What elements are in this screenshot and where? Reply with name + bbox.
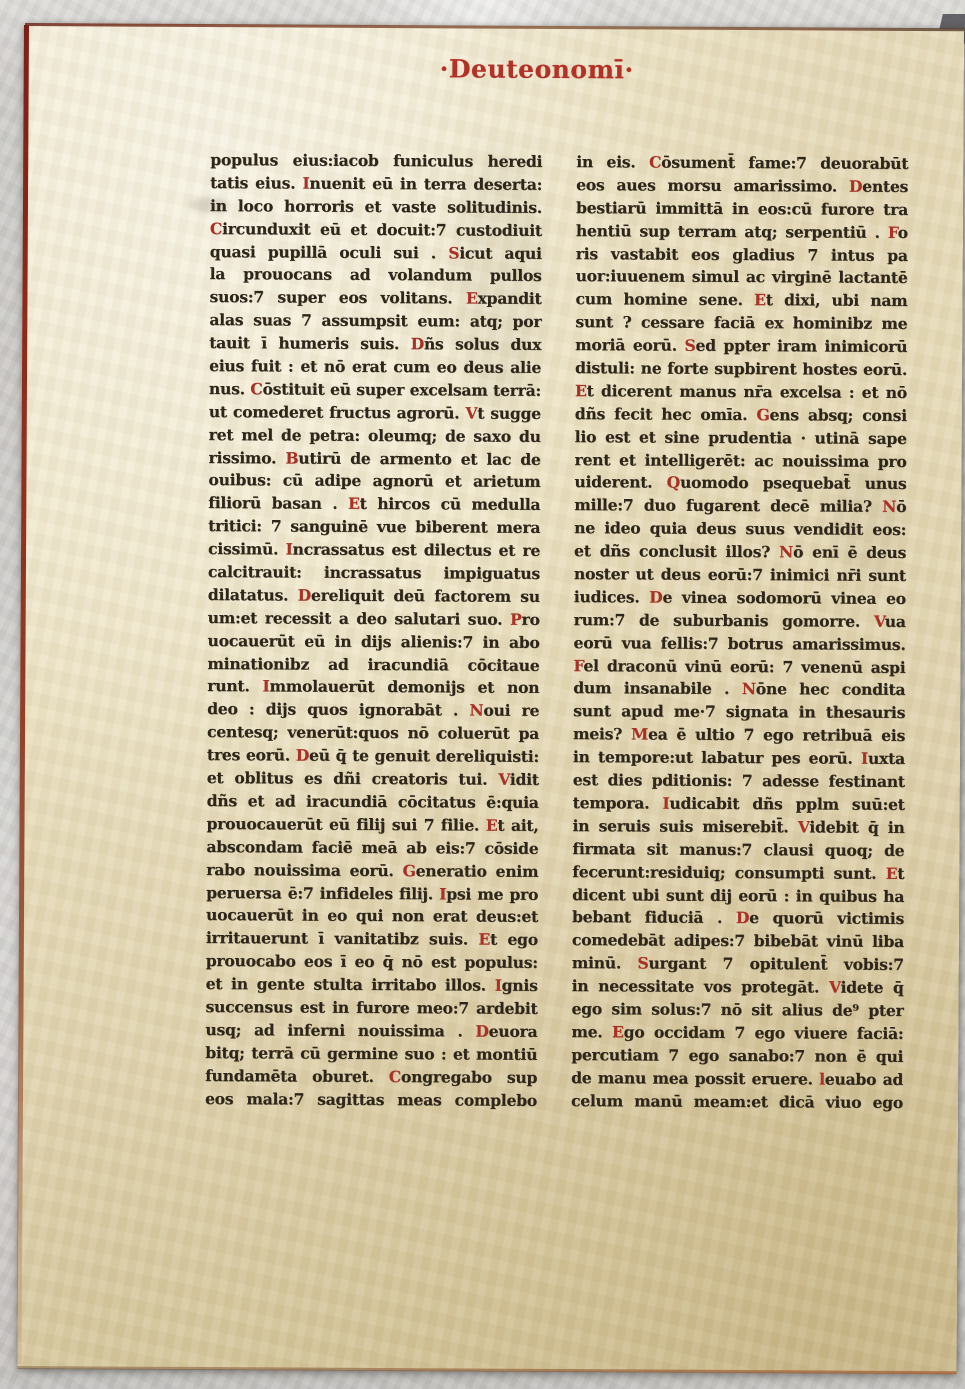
- rubricated-initial: S: [448, 243, 459, 262]
- text-line: mille:7 duo fugarent decē milia? Nō: [574, 494, 906, 519]
- text-line: bitq; terrā cū germine suo : et montiū: [205, 1042, 537, 1067]
- rubricated-initial: F: [573, 656, 583, 675]
- rubricated-initial: V: [798, 817, 810, 836]
- manuscript-leaf: ·Deuteonomī· populus eius:iacob funiculu…: [17, 24, 963, 1373]
- rubricated-initial: E: [612, 1022, 624, 1041]
- tironian-et: 7: [462, 632, 473, 651]
- text-line: noster ut deus eorū:7 inimici nr̄i sunt: [574, 563, 906, 588]
- rubricated-initial: S: [637, 954, 648, 973]
- text-line: Circunduxit eū et docuit:7 custodiuit: [210, 218, 542, 243]
- rubricated-initial: E: [886, 863, 898, 882]
- rubricated-initial: C: [250, 379, 262, 398]
- rubricated-initial: D: [411, 334, 424, 353]
- text-line: quasi pupillā oculi sui . Sicut aqui: [210, 241, 542, 266]
- tironian-et: 7: [893, 955, 904, 974]
- text-line: lio est et sine prudentia · utinā sape: [575, 426, 907, 451]
- tironian-et: 7: [623, 496, 634, 515]
- text-line: dñs et ad iracundiā cōcitatus ē:quia: [207, 790, 539, 815]
- tironian-et: 7: [807, 245, 818, 264]
- text-line: calcitrauit: incrassatus impiguatus: [208, 561, 540, 586]
- text-line: meis? Mea ē ultio 7 ego retribuā eis: [573, 723, 905, 748]
- tironian-et: 7: [796, 153, 807, 172]
- rubricated-initial: V: [829, 978, 841, 997]
- text-line: uocauerūt eū in dijs alienis:7 in abo: [207, 630, 539, 655]
- text-line: tritici: 7 sanguinē vue biberent mera: [208, 515, 540, 540]
- rubricated-initial: B: [285, 448, 298, 467]
- rubricated-initial: S: [684, 336, 695, 355]
- rubricated-initial: V: [498, 770, 510, 789]
- text-line: usq; ad inferni nouissima . Deuora: [205, 1019, 537, 1044]
- tironian-et: 7: [722, 954, 733, 973]
- tironian-et: 7: [782, 657, 793, 676]
- rubricated-initial: D: [736, 908, 749, 927]
- red-edge-stain: [17, 25, 29, 1364]
- text-line: eius fuit : et nō erat cum eo deus alie: [209, 355, 541, 380]
- text-line: dñs fecit hec omīa. Gens absq; consi: [575, 403, 907, 428]
- tironian-et: 7: [794, 1046, 805, 1065]
- top-edge-line: [25, 23, 964, 31]
- rubricated-initial: D: [649, 587, 662, 606]
- text-line: uor:iuuenem simul ac virginē lactantē: [576, 266, 908, 291]
- text-line: est dies pditionis: 7 adesse festinant: [573, 769, 905, 794]
- text-line: comedebāt adipes:7 bibebāt vinū liba: [572, 929, 904, 954]
- text-line: Fel draconū vinū eorū: 7 venenū aspi: [573, 655, 905, 680]
- rubricated-initial: N: [882, 497, 896, 516]
- text-line: sunt apud me·7 signata in thesauris: [573, 700, 905, 725]
- text-line: de manu mea possit eruere. leuabo ad: [571, 1067, 903, 1092]
- text-line: dicent ubi sunt dij eorū : in quibus ha: [572, 884, 904, 909]
- tironian-et: 7: [668, 1045, 679, 1064]
- text-line: distuli: ne forte supbirent hostes eorū.: [575, 357, 907, 382]
- tironian-et: 7: [436, 220, 447, 239]
- text-line: ouibus: cū adipe agnorū et arietum: [208, 470, 540, 495]
- rubricated-initial: Q: [667, 473, 680, 492]
- text-line: peruersa ē:7 infideles filij. Ipsi me pr…: [206, 882, 538, 907]
- text-line: eos mala:7 sagittas meas complebo: [205, 1088, 537, 1113]
- rubricated-initial: I: [662, 794, 669, 813]
- text-line: deo : dijs quos ignorabāt . Noui re: [207, 698, 539, 723]
- text-line: ret mel de petra: oleumq; de saxo du: [209, 424, 541, 449]
- text-line: eos aues morsu amarissimo. Dentes: [576, 174, 908, 199]
- text-line: bestiarū immittā in eos:cū furore tra: [576, 197, 908, 222]
- tironian-et: 7: [708, 634, 719, 653]
- text-line: in tempore:ut labatur pes eorū. Iuxta: [573, 746, 905, 771]
- text-line: percutiam 7 ego sanabo:7 non ē qui: [571, 1044, 903, 1069]
- tironian-et: 7: [705, 702, 716, 721]
- running-title: ·Deuteonomī·: [440, 54, 634, 84]
- tironian-et: 7: [742, 771, 753, 790]
- rubricated-initial: l: [819, 1069, 825, 1088]
- text-line: dilatatus. Dereliquit deū factorem su: [208, 584, 540, 609]
- text-line: rissimo. Butirū de armento et lac de: [209, 447, 541, 472]
- rubricated-initial: D: [296, 746, 309, 765]
- text-column-left: populus eius:iacob funiculus hereditatis…: [205, 149, 542, 1112]
- text-line: prouocauerūt eū filij sui 7 filie. Et ai…: [206, 813, 538, 838]
- tironian-et: 7: [458, 998, 469, 1017]
- text-line: suos:7 super eos volitans. Expandit: [209, 286, 541, 311]
- tironian-et: 7: [734, 931, 745, 950]
- text-line: tatis eius. Inuenit eū in terra deserta:: [210, 172, 542, 197]
- text-line: firmata sit manus:7 clausi quoq; de: [572, 838, 904, 863]
- rubricated-initial: G: [756, 405, 769, 424]
- text-line: cum homine sene. Et dixi, ubi nam: [575, 288, 907, 313]
- tironian-et: 7: [293, 1089, 304, 1108]
- tironian-et: 7: [424, 815, 435, 834]
- rubricated-initial: I: [861, 749, 868, 768]
- rubricated-initial: E: [466, 289, 478, 308]
- text-line: me. Ego occidam 7 ego viuere faciā:: [571, 1021, 903, 1046]
- text-line: in eis. Cōsument̄ fame:7 deuorabūt: [576, 151, 908, 176]
- text-line: dum insanabile . Nōne hec condita: [573, 678, 905, 703]
- text-line: populus eius:iacob funiculus heredi: [210, 149, 542, 174]
- text-line: rum:7 de suburbanis gomorre. Vua: [574, 609, 906, 634]
- rubricated-initial: E: [575, 381, 587, 400]
- text-line: tauit ī humeris suis. Dñs solus dux: [209, 332, 541, 357]
- tironian-et: 7: [465, 838, 476, 857]
- rubricated-initial: I: [439, 884, 446, 903]
- tironian-et: 7: [741, 840, 752, 859]
- text-line: moriā eorū. Sed ppter iram inimicorū: [575, 334, 907, 359]
- text-line: sunt ? cessare faciā ex hominibz me: [575, 311, 907, 336]
- text-line: rent et intelligerēt: ac nouissima pro: [575, 449, 907, 474]
- tironian-et: 7: [734, 1023, 745, 1042]
- rubricated-initial: E: [478, 930, 490, 949]
- text-line: et dñs conclusit illos? Nō enī ē deus: [574, 540, 906, 565]
- text-line: irritauerunt ī vanitatibz suis. Et ego: [206, 927, 538, 952]
- text-line: eorū vua fellis:7 botrus amarissimus.: [573, 632, 905, 657]
- text-line: bebant fiduciā . De quorū victimis: [572, 906, 904, 931]
- text-line: succensus est in furore meo:7 ardebit: [205, 996, 537, 1021]
- rubricated-initial: I: [495, 976, 502, 995]
- text-line: celum manū meam:et dicā viuo ego: [571, 1090, 903, 1115]
- rubricated-initial: E: [348, 494, 360, 513]
- rubricated-initial: D: [298, 585, 311, 604]
- rubricated-initial: E: [486, 815, 498, 834]
- text-line: abscondam faciē meā ab eis:7 cōside: [206, 836, 538, 861]
- text-line: in loco horroris et vaste solitudinis.: [210, 195, 542, 220]
- text-line: centesq; venerūt:quos nō coluerūt pa: [207, 721, 539, 746]
- text-line: minū. Surgant 7 opitulent̄ vobis:7: [572, 952, 904, 977]
- text-line: minationibz ad iracundiā cōcitaue: [207, 653, 539, 678]
- rubricated-initial: E: [754, 290, 766, 309]
- text-line: fundamēta oburet. Congregabo sup: [205, 1065, 537, 1090]
- tironian-et: 7: [271, 517, 282, 536]
- text-line: alas suas 7 assumpsit eum: atq; por: [209, 309, 541, 334]
- tironian-et: 7: [701, 1000, 712, 1019]
- text-line: la prouocans ad volandum pullos: [210, 263, 542, 288]
- text-line: rabo nouissima eorū. Generatio enim: [206, 859, 538, 884]
- text-line: uocauerūt in eo qui non erat deus:et: [206, 904, 538, 929]
- text-column-right: in eis. Cōsument̄ fame:7 deuorabūteos au…: [571, 151, 908, 1114]
- text-line: et in gente stulta irritabo illos. Ignis: [206, 973, 538, 998]
- rubricated-initial: N: [779, 542, 793, 561]
- rubricated-initial: V: [465, 403, 477, 422]
- text-line: cissimū. Incrassatus est dilectus et re: [208, 538, 540, 563]
- text-line: nus. Cōstituit eū super excelsam terrā:: [209, 378, 541, 403]
- rubricated-initial: N: [469, 701, 483, 720]
- rubricated-initial: I: [285, 540, 292, 559]
- text-line: runt. Immolauerūt demonijs et non: [207, 676, 539, 701]
- rubricated-initial: V: [874, 612, 885, 631]
- rubricated-initial: F: [888, 222, 898, 241]
- text-line: tempora. Iudicabit dñs pplm suū:et: [573, 792, 905, 817]
- text-line: filiorū basan . Et hircos cū medulla: [208, 492, 540, 517]
- rubricated-initial: C: [210, 219, 222, 238]
- text-line: Et dicerent manus nr̄a excelsa : et nō: [575, 380, 907, 405]
- rubricated-initial: C: [389, 1067, 401, 1086]
- text-line: iudices. De vinea sodomorū vinea eo: [574, 586, 906, 611]
- tironian-et: 7: [614, 610, 625, 629]
- rubricated-initial: D: [475, 1021, 488, 1040]
- text-line: ris vastabit eos gladius 7 intus pa: [576, 243, 908, 268]
- tironian-et: 7: [301, 311, 312, 330]
- text-line: ne ideo quia deus suus vendidit eos:: [574, 517, 906, 542]
- tironian-et: 7: [743, 725, 754, 744]
- rubricated-initial: G: [403, 861, 416, 880]
- text-line: tres eorū. Deū q̄ te genuit dereliquisti…: [207, 744, 539, 769]
- text-line: ego sim solus:7 nō sit alius de⁹ pter: [571, 998, 903, 1023]
- text-line: in seruis suis miserebit̄. Videbit q̄ in: [572, 815, 904, 840]
- bottom-edge-line: [17, 1366, 956, 1374]
- text-line: um:et recessit a deo salutari suo. Pro: [208, 607, 540, 632]
- rubricated-initial: I: [302, 173, 309, 192]
- rubricated-initial: N: [742, 679, 756, 698]
- rubricated-initial: C: [649, 152, 661, 171]
- rubricated-initial: P: [510, 610, 522, 629]
- tironian-et: 7: [303, 883, 314, 902]
- text-line: fecerunt:residuiq; consumpti sunt. Et: [572, 861, 904, 886]
- text-line: prouocabo eos ī eo q̄ nō est populus:: [206, 950, 538, 975]
- text-line: in necessitate vos protegāt. Videte q̄: [572, 975, 904, 1000]
- text-line: hentiū sup terram atq; serpentiū . Fo: [576, 220, 908, 245]
- text-line: ut comederet fructus agrorū. Vt sugge: [209, 401, 541, 426]
- text-line: et oblitus es dñi creatoris tui. Vidit: [207, 767, 539, 792]
- rubricated-initial: M: [631, 725, 648, 744]
- tironian-et: 7: [752, 565, 763, 584]
- rubricated-initial: I: [262, 677, 269, 696]
- tironian-et: 7: [253, 288, 264, 307]
- text-line: uiderent. Quomodo psequebat̄ unus: [574, 472, 906, 497]
- rubricated-initial: D: [849, 176, 862, 195]
